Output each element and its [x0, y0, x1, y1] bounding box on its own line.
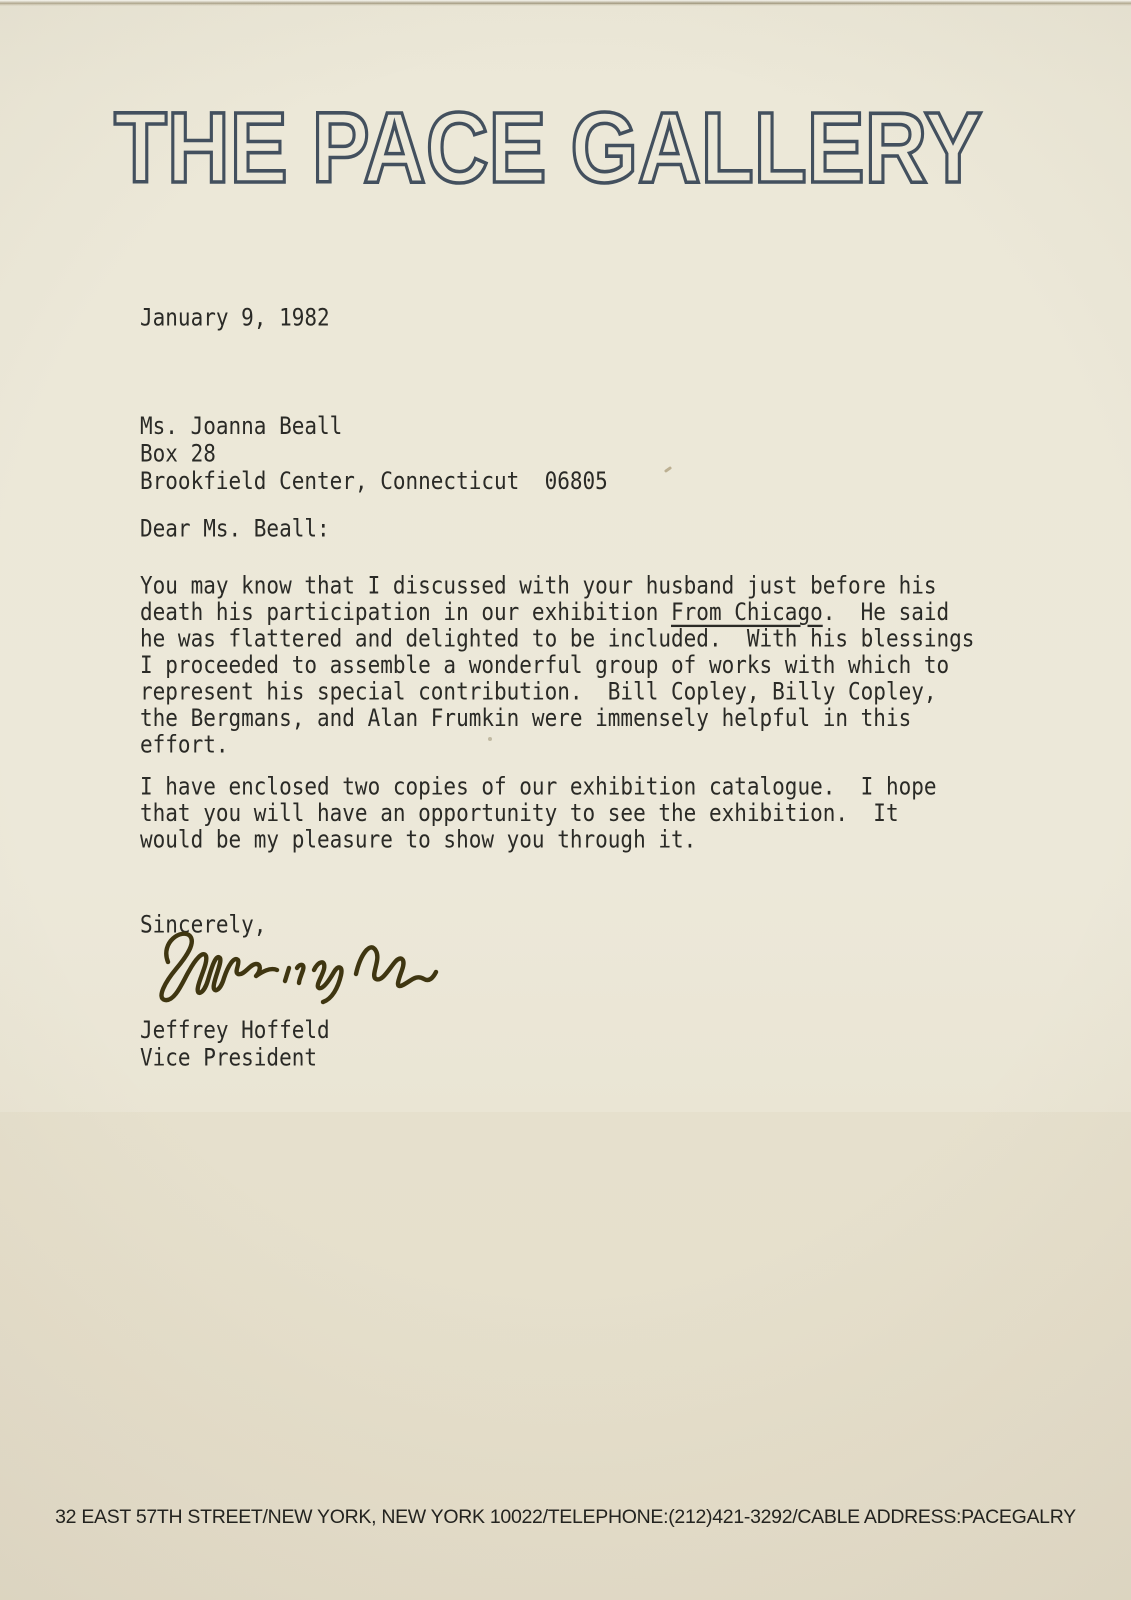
recipient-name: Ms. Joanna Beall: [140, 412, 342, 440]
gallery-name-text: THE PACE GALLERY: [114, 92, 982, 204]
signer-name: Jeffrey Hoffeld: [140, 1016, 330, 1044]
letter-page: THE PACE GALLERY January 9, 1982 Ms. Joa…: [0, 0, 1131, 1600]
exhibition-title-underlined: From Chicago: [671, 598, 823, 626]
letter-date: January 9, 1982: [140, 305, 330, 331]
scan-top-edge: [0, 0, 1131, 4]
handwritten-signature: [156, 926, 441, 1012]
signer-title: Vice President: [140, 1044, 317, 1072]
recipient-address-line2: Box 28: [140, 440, 216, 468]
signature-scribble-icon: [156, 926, 441, 1012]
body-paragraph-2: I have enclosed two copies of our exhibi…: [140, 774, 937, 853]
letterhead-outline-text: THE PACE GALLERY: [110, 90, 1030, 205]
body-paragraph-1: You may know that I discussed with your …: [140, 573, 974, 758]
recipient-address-line3: Brookfield Center, Connecticut 06805: [140, 467, 608, 495]
signer-block: Jeffrey Hoffeld Vice President: [140, 1016, 330, 1071]
salutation: Dear Ms. Beall:: [140, 516, 330, 542]
paper-speck: [664, 466, 672, 473]
recipient-address-block: Ms. Joanna Beall Box 28 Brookfield Cente…: [140, 412, 608, 495]
letterhead: THE PACE GALLERY: [110, 90, 1030, 205]
footer-address: 32 EAST 57TH STREET/NEW YORK, NEW YORK 1…: [0, 1506, 1131, 1529]
